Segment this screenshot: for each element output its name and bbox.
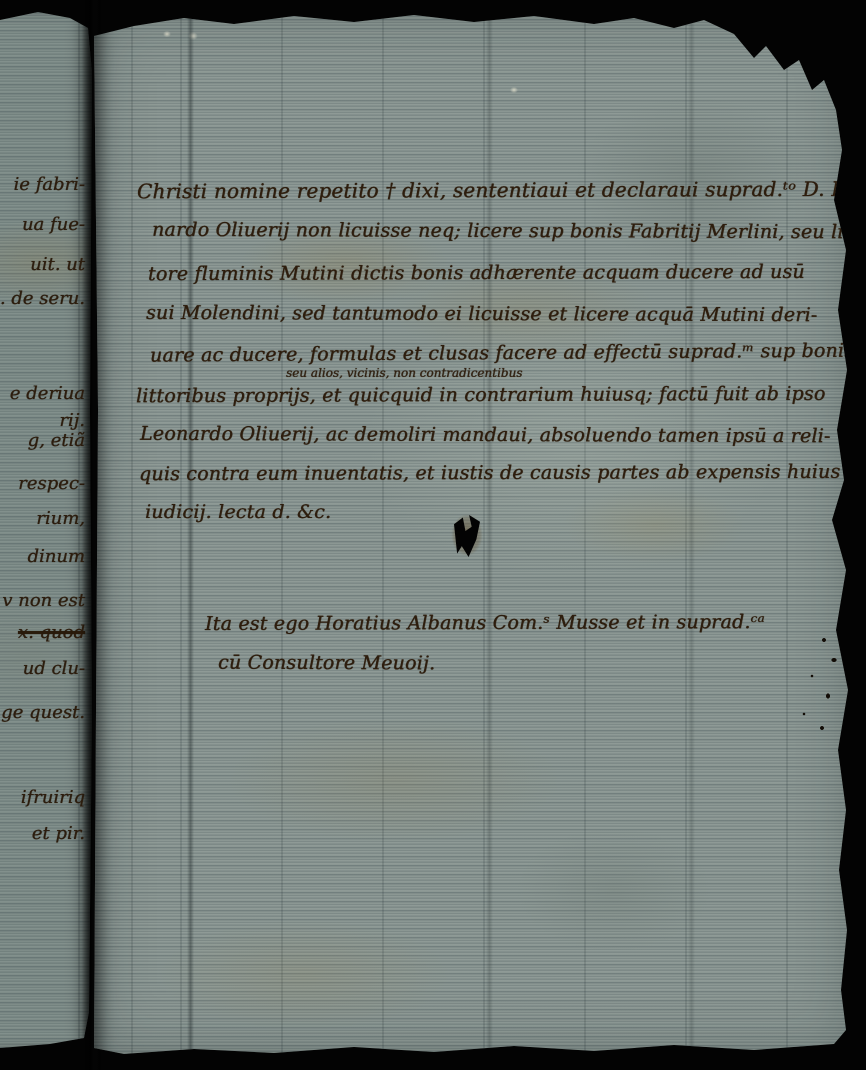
left-page-fragment: et pir.	[32, 823, 85, 844]
manuscript-line: Christi nomine repetito † dixi, sententi…	[137, 177, 866, 204]
manuscript-page: Christi nomine repetito † dixi, sententi…	[94, 10, 850, 1056]
manuscript-scan: ie fabri- ua fue- uit. ut S. de seru. e …	[0, 0, 866, 1070]
left-page-fragment: respec-	[18, 473, 85, 494]
attestation-line: Ita est ego Horatius Albanus Com.ˢ Musse…	[205, 611, 765, 635]
manuscript-line: tore fluminis Mutini dictis bonis adhære…	[148, 261, 805, 285]
manuscript-line: littoribus proprijs, et quicquid in cont…	[136, 383, 826, 407]
paper-crease	[688, 10, 695, 1056]
manuscript-line: uare ac ducere, formulas et clusas facer…	[150, 339, 866, 366]
manuscript-line: sui Molendini, sed tantumodo ei licuisse…	[146, 302, 817, 326]
left-page-fragment: ifruiriq	[21, 787, 85, 808]
left-page-fragment: ge quest.	[1, 702, 85, 723]
manuscript-line: Leonardo Oliuerij, ac demoliri mandaui, …	[140, 423, 831, 447]
interlinear-insertion: seu alios, vicinis, non contradicentibus	[286, 366, 522, 380]
left-page-fragment: ud clu-	[23, 658, 85, 679]
manuscript-line: iudicij. lecta d. &c.	[145, 501, 331, 523]
left-page-fragment: dinum	[27, 546, 85, 567]
ink-specks	[794, 630, 844, 740]
paper-crease	[187, 10, 194, 1056]
manuscript-line: quis contra eum inuentatis, et iustis de…	[139, 461, 841, 485]
left-page-fragment: v non est	[2, 590, 85, 611]
left-page-fragment: rium,	[36, 508, 85, 529]
left-page-fragment: g, etiã	[28, 430, 85, 451]
left-page-fragment-struck: x. quod	[18, 622, 85, 643]
left-page-fragment: S. de seru.	[0, 288, 85, 309]
left-page-fragment: e deriua	[10, 383, 85, 404]
left-page-fragment: uit. ut	[30, 254, 85, 275]
attestation-line: cū Consultore Meuoij.	[218, 652, 435, 675]
manuscript-line: nardo Oliuerij non licuisse neq; licere …	[152, 219, 858, 243]
left-page-edge: ie fabri- ua fue- uit. ut S. de seru. e …	[0, 12, 92, 1048]
left-page-fragment: ua fue-	[22, 214, 85, 235]
left-page-fragment: ie fabri-	[14, 174, 86, 195]
